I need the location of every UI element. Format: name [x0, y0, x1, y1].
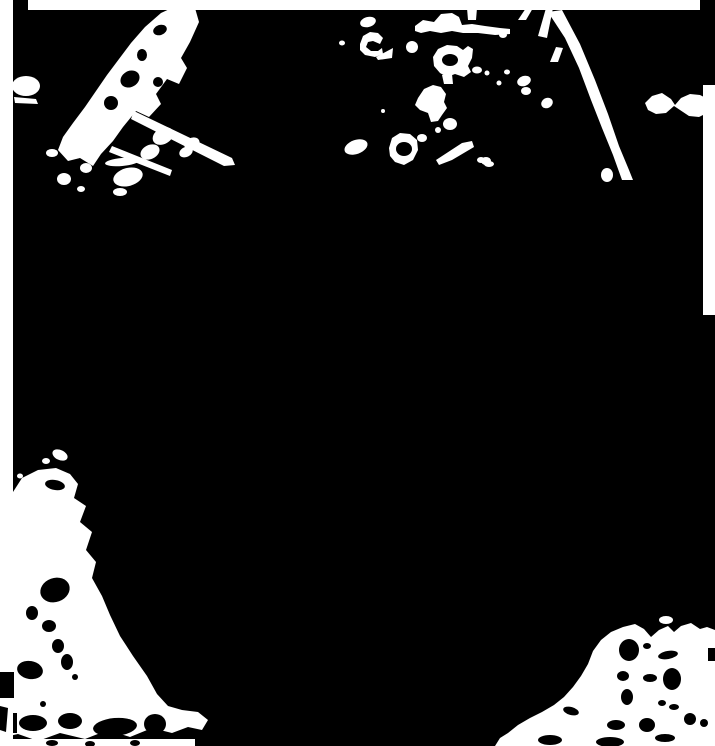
- top-center-connector: [467, 8, 477, 20]
- bottom-right-hole-1: [619, 639, 639, 661]
- top-left-speck-6: [57, 173, 71, 185]
- bottom-right-hole-11: [607, 720, 625, 730]
- top-left-speck-5: [80, 163, 92, 173]
- left-edge-blob: [12, 76, 40, 96]
- binary-image-frame: [0, 0, 715, 746]
- bottom-right-hole-17: [655, 734, 675, 742]
- top-right-oval: [601, 168, 613, 182]
- bottom-left-hole-10: [19, 715, 47, 731]
- top-right-bit-4: [521, 87, 531, 95]
- top-center-blob-3: [443, 118, 457, 130]
- bottom-right-hole-7: [621, 689, 633, 705]
- bottom-left-notch-1: [46, 740, 58, 746]
- bottom-right-hole-18: [708, 648, 715, 661]
- top-center-dot-4: [497, 81, 502, 86]
- top-center-blob-2: [406, 41, 418, 53]
- bottom-left-hole-8: [72, 674, 78, 680]
- bottom-right-hole-15: [538, 735, 562, 745]
- top-right-bit-6: [481, 157, 491, 165]
- binary-image-canvas: [0, 0, 715, 746]
- top-center-piece-2: [417, 134, 427, 142]
- top-left-speck-7: [77, 186, 85, 192]
- top-right-bit-1: [499, 32, 507, 38]
- top-left-speck-8: [113, 188, 127, 196]
- bottom-left-hole-7: [0, 672, 14, 698]
- top-center-dot-2: [339, 41, 345, 46]
- bottom-left-notch-3: [130, 740, 140, 746]
- border-top: [28, 0, 700, 10]
- bottom-right-oval: [659, 616, 673, 624]
- bottom-left-hole-5: [61, 654, 73, 670]
- top-center-dot-3: [485, 71, 490, 76]
- top-center-dot-6: [435, 127, 441, 133]
- bottom-left-bottom-strip: [0, 739, 195, 746]
- bottom-right-hole-12: [639, 718, 655, 732]
- top-center-piece-1: [472, 67, 482, 74]
- top-center-crescent-hole: [396, 142, 412, 156]
- bottom-right-hole-6: [663, 668, 681, 690]
- bottom-left-hole-14: [13, 713, 17, 733]
- top-center-dot-5: [381, 109, 385, 113]
- top-center-mass-1-hole: [442, 54, 458, 66]
- bottom-left-hole-11: [58, 713, 82, 729]
- bottom-right-hole-4: [617, 671, 629, 681]
- bottom-left-hole-2: [26, 606, 38, 620]
- bottom-left-hole-3: [42, 620, 56, 632]
- border-right: [703, 85, 715, 315]
- top-left-band-hole-4: [153, 77, 163, 87]
- bottom-left-hole-9: [40, 701, 46, 707]
- bottom-right-hole-2: [643, 643, 651, 649]
- bottom-right-hole-13: [684, 713, 696, 725]
- bottom-right-hole-5: [643, 674, 657, 682]
- bottom-right-hole-14: [700, 719, 708, 727]
- bottom-right-hole-9: [669, 704, 679, 710]
- top-right-bit-2: [504, 70, 510, 75]
- bottom-right-hole-8: [658, 700, 666, 706]
- top-left-band-hole-2: [137, 49, 147, 61]
- bottom-left-satellite-3: [17, 474, 23, 479]
- bottom-left-satellite-2: [42, 458, 50, 464]
- bottom-left-hole-13: [144, 714, 166, 734]
- bottom-left-hole-4: [52, 639, 64, 653]
- top-left-speck-1: [46, 149, 58, 157]
- top-left-band-hole-5: [104, 96, 118, 110]
